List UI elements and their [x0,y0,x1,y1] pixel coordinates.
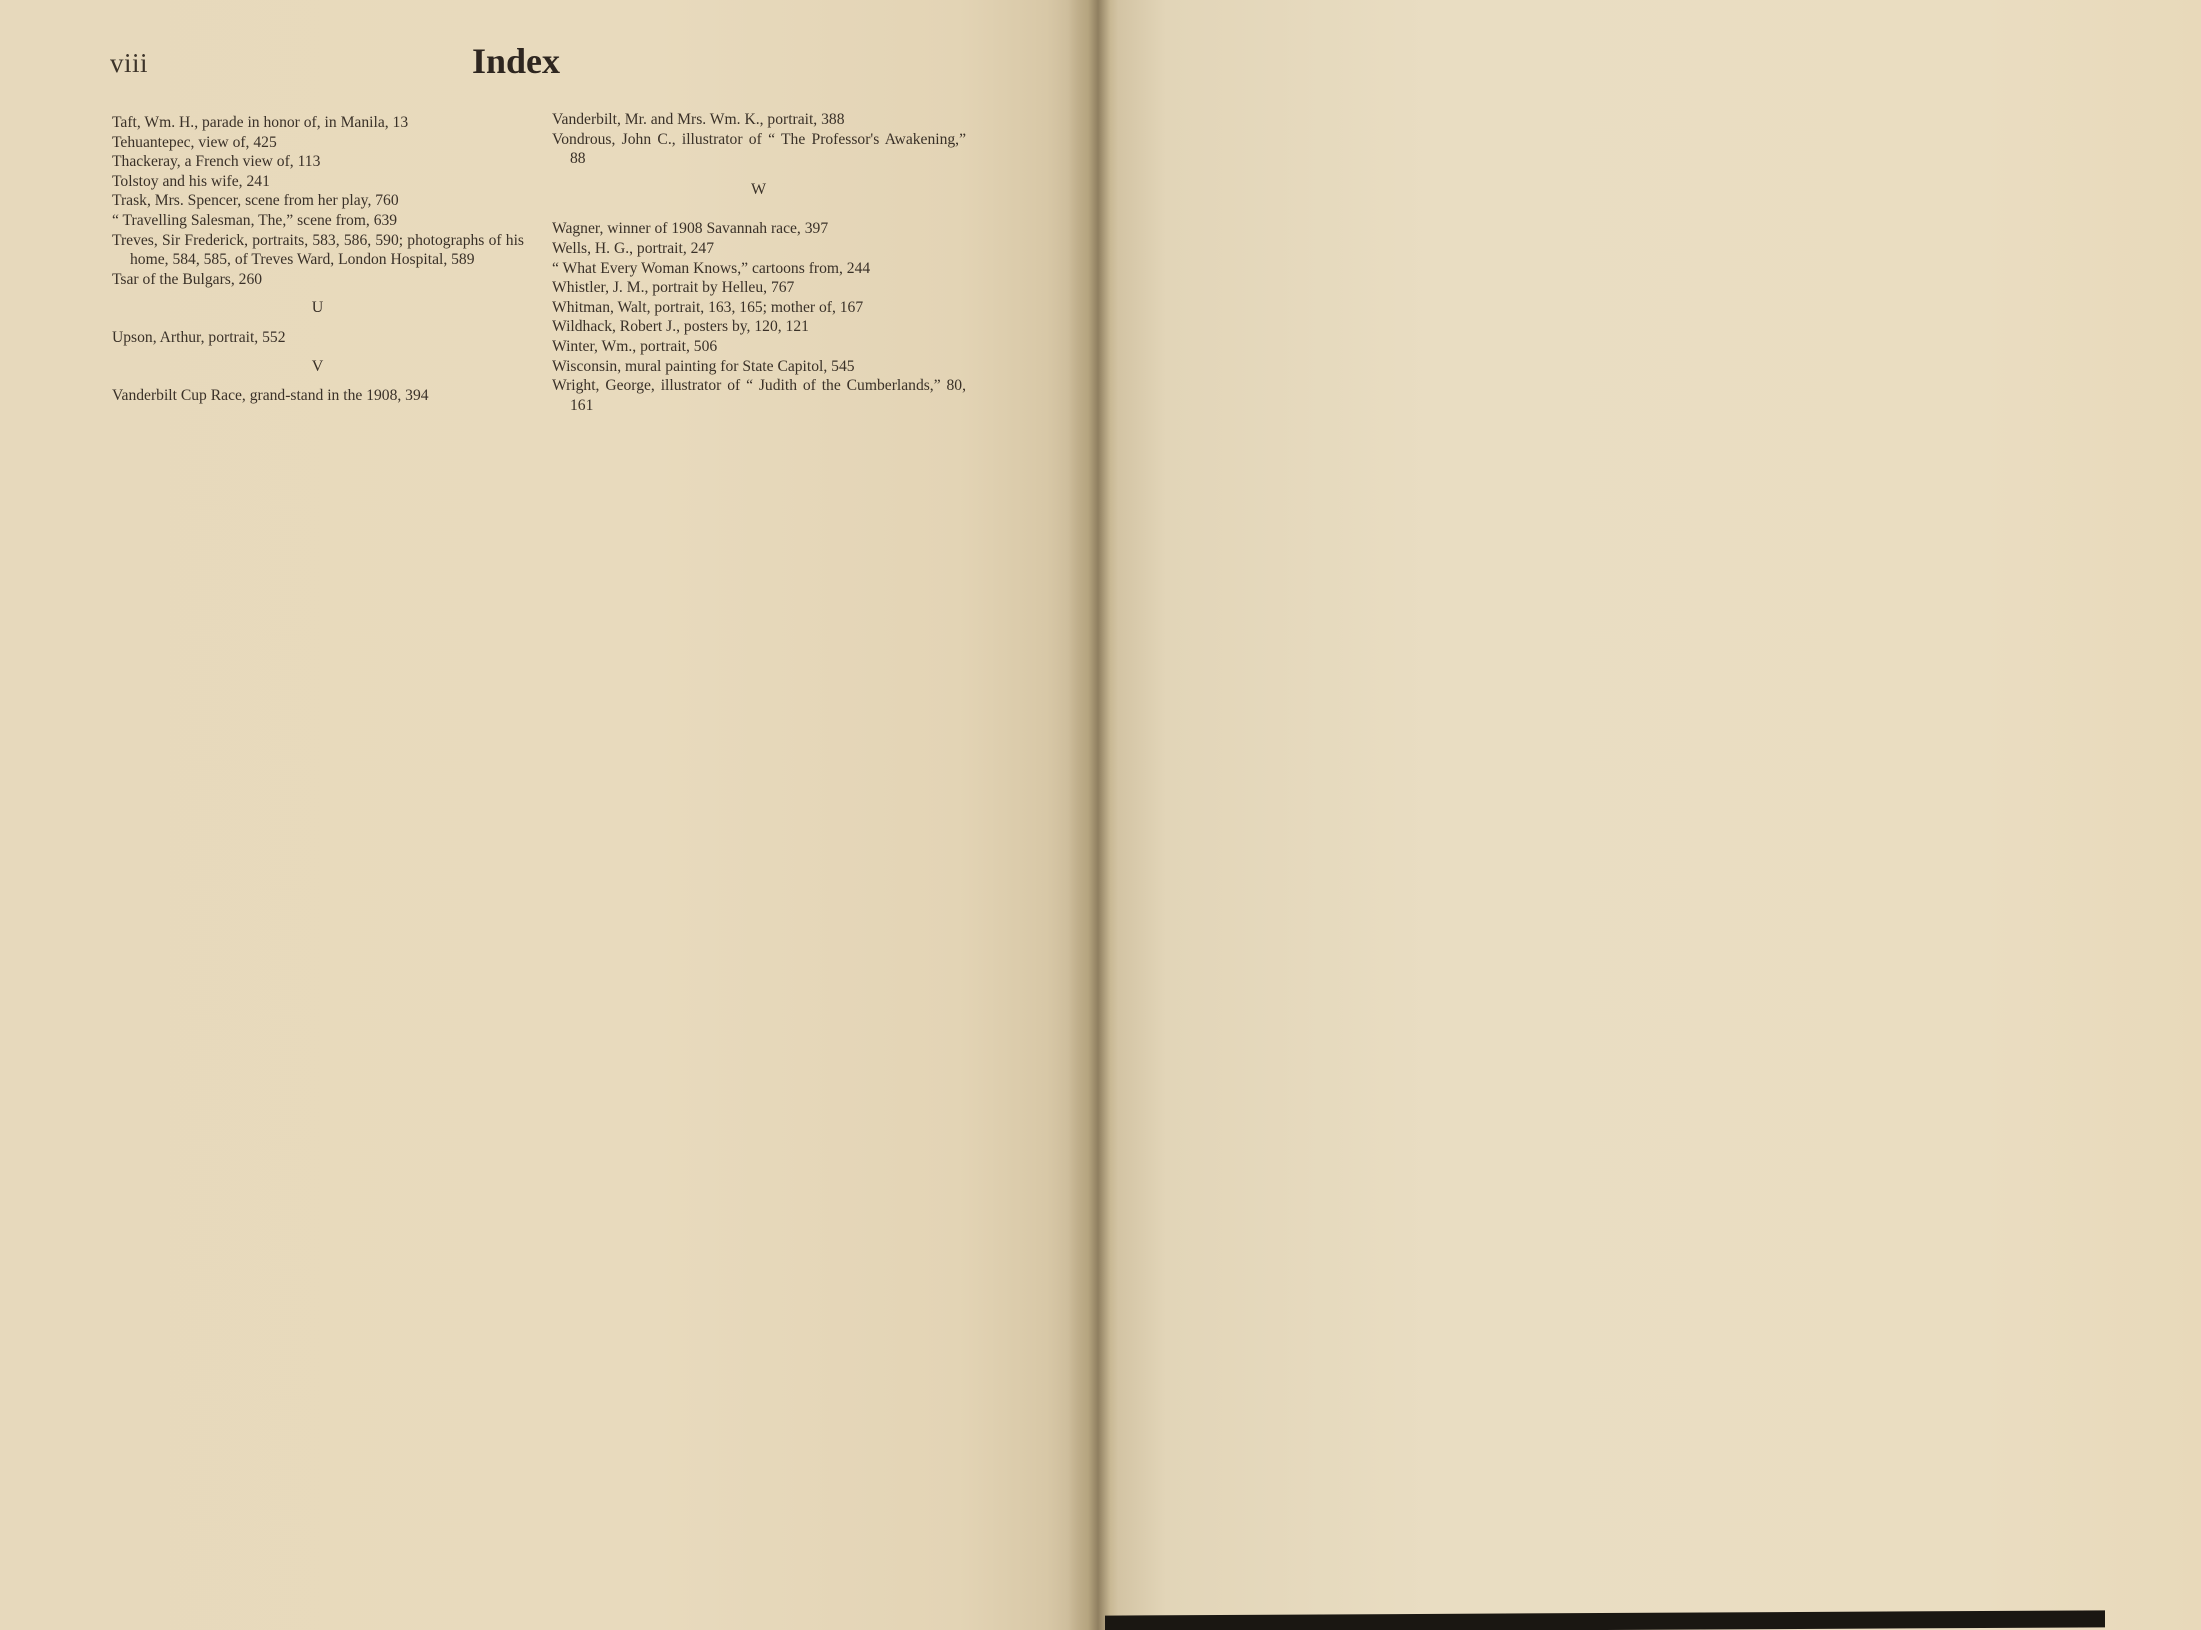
right-page-blank [1100,0,2201,1630]
index-entry: Thackeray, a French view of, 113 [112,152,524,172]
index-entry: Tehuantepec, view of, 425 [112,133,524,153]
index-entry: Vondrous, John C., illustrator of “ The … [552,130,966,169]
index-entry: Upson, Arthur, portrait, 552 [112,328,524,348]
index-entry: Tsar of the Bulgars, 260 [112,270,524,290]
page-number: viii [110,48,148,79]
index-entry: Wildhack, Robert J., posters by, 120, 12… [552,317,966,337]
index-entry: Vanderbilt Cup Race, grand-stand in the … [112,386,524,406]
section-letter-v: V [112,357,524,377]
index-entry: “ What Every Woman Knows,” cartoons from… [552,259,966,279]
index-entry: Whitman, Walt, portrait, 163, 165; mothe… [552,298,966,318]
index-entry: Wisconsin, mural painting for State Capi… [552,357,966,377]
index-entry: Wells, H. G., portrait, 247 [552,239,966,259]
book-spine-gutter [1068,0,1118,1630]
left-page: viii Index Taft, Wm. H., parade in honor… [0,0,1090,1630]
running-head-title: Index [472,40,560,82]
index-entry: “ Travelling Salesman, The,” scene from,… [112,211,524,231]
index-entry: Vanderbilt, Mr. and Mrs. Wm. K., portrai… [552,110,966,130]
index-entry: Taft, Wm. H., parade in honor of, in Man… [112,113,524,133]
index-entry: Winter, Wm., portrait, 506 [552,337,966,357]
section-letter-u: U [112,298,524,318]
index-column-2: Vanderbilt, Mr. and Mrs. Wm. K., portrai… [552,110,966,415]
index-entry: Wagner, winner of 1908 Savannah race, 39… [552,219,966,239]
index-entry: Tolstoy and his wife, 241 [112,172,524,192]
index-entry: Treves, Sir Frederick, portraits, 583, 5… [112,231,524,270]
section-letter-w: W [552,180,966,200]
index-column-1: Taft, Wm. H., parade in honor of, in Man… [112,113,524,406]
index-entry: Trask, Mrs. Spencer, scene from her play… [112,191,524,211]
index-entry: Whistler, J. M., portrait by Helleu, 767 [552,278,966,298]
index-entry: Wright, George, illustrator of “ Judith … [552,376,966,415]
